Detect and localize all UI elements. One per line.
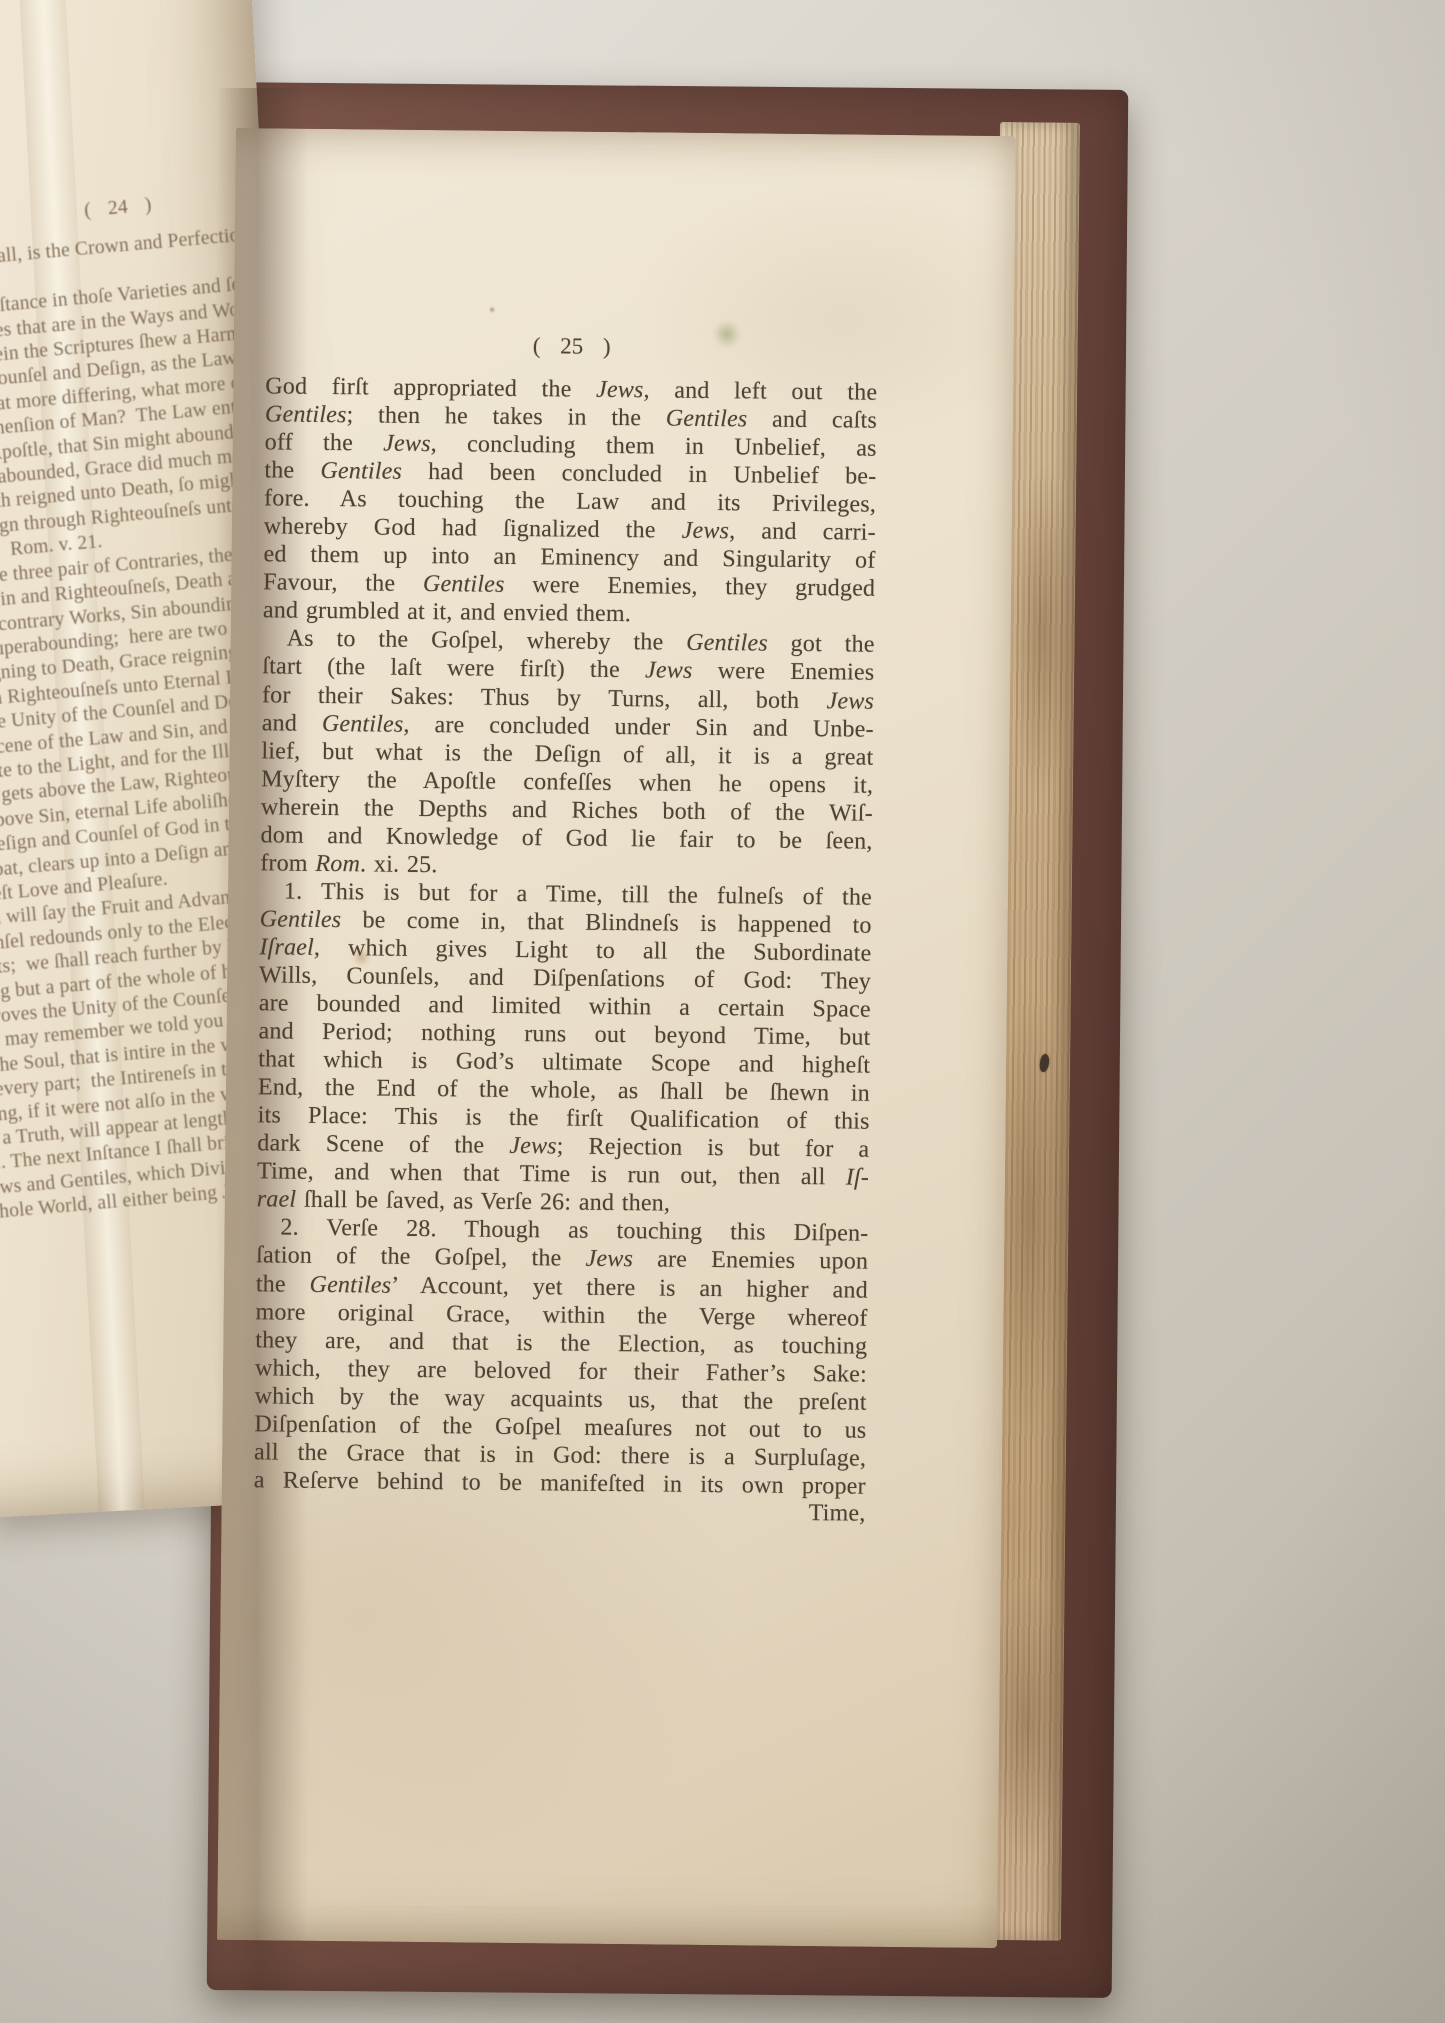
text: and caſts <box>747 406 877 433</box>
catchword: Time, <box>253 1494 865 1527</box>
text: ſhall be ſaved, as Verſe 26: and then, <box>296 1187 670 1217</box>
text: for their Sakes: Thus by Turns, all, bot… <box>262 682 827 714</box>
italic-text: Iſrael <box>259 934 314 961</box>
text: are Enemies upon <box>633 1247 868 1275</box>
italic-text: Rom <box>315 851 360 877</box>
text: the <box>256 1271 310 1298</box>
italic-text: Gentiles <box>666 406 748 433</box>
right-page-lines: God firſt appropriated the Jews, and lef… <box>254 372 878 1500</box>
italic-text: Gentiles <box>309 1271 391 1298</box>
stain <box>489 307 495 313</box>
italic-text: Jews <box>585 1246 633 1272</box>
text: off the <box>265 429 384 456</box>
text: were Enemies, they grudged <box>504 572 875 602</box>
text: dark Scene of the <box>257 1131 509 1160</box>
text: got the <box>768 631 875 658</box>
italic-text: Jews <box>645 658 693 684</box>
text: , are concluded under Sin and Unbe- <box>403 711 874 742</box>
text: whereby God had ſignalized the <box>264 514 682 544</box>
text: , and carri- <box>729 518 876 546</box>
italic-text: Gentiles <box>265 401 347 428</box>
text: and <box>262 710 322 737</box>
text: ’ Account, yet there is an higher and <box>391 1272 868 1303</box>
text: . xi. 25. <box>360 851 438 878</box>
text: , and left out the <box>643 377 877 405</box>
italic-text: Jews <box>383 431 431 457</box>
italic-text: Gentiles <box>322 710 404 737</box>
text: be come in, that Blindneſs is happened t… <box>341 907 872 939</box>
text: ; Rejection is but for a <box>557 1134 870 1163</box>
text: , concluding them in Unbelief, as <box>431 431 877 462</box>
text: and grumbled at it, and envied them. <box>263 598 631 628</box>
text: ſtart (the laſt were firſt) the <box>262 654 645 684</box>
right-page: ( 25 ) God firſt appropriated the Jews, … <box>217 128 1016 1948</box>
italic-text: Gentiles <box>320 458 402 485</box>
italic-text: Gentiles <box>686 630 768 657</box>
italic-text: Jews <box>682 518 730 544</box>
italic-text: Jews <box>509 1133 557 1159</box>
text: ; then he takes in the <box>346 402 666 431</box>
text: from <box>260 850 315 877</box>
italic-text: Iſ- <box>846 1165 870 1191</box>
italic-text: Jews <box>596 377 644 403</box>
text: the <box>264 457 320 484</box>
text: were Enemies <box>692 658 874 686</box>
text: As to the Goſpel, whereby the <box>287 626 687 656</box>
text: God firſt appropriated the <box>265 373 596 402</box>
right-page-number: ( 25 ) <box>266 330 878 362</box>
text: ſation of the Goſpel, the <box>256 1243 586 1272</box>
text: Favour, the <box>263 570 423 598</box>
photo-backdrop: ( 24 ) heads them all, is the Crown and … <box>0 0 1445 2023</box>
italic-text: rael <box>257 1187 297 1213</box>
text: had been concluded in Unbelief be- <box>402 459 877 490</box>
italic-text: Gentiles <box>423 571 505 598</box>
italic-text: Gentiles <box>260 906 342 933</box>
italic-text: Jews <box>826 688 874 714</box>
